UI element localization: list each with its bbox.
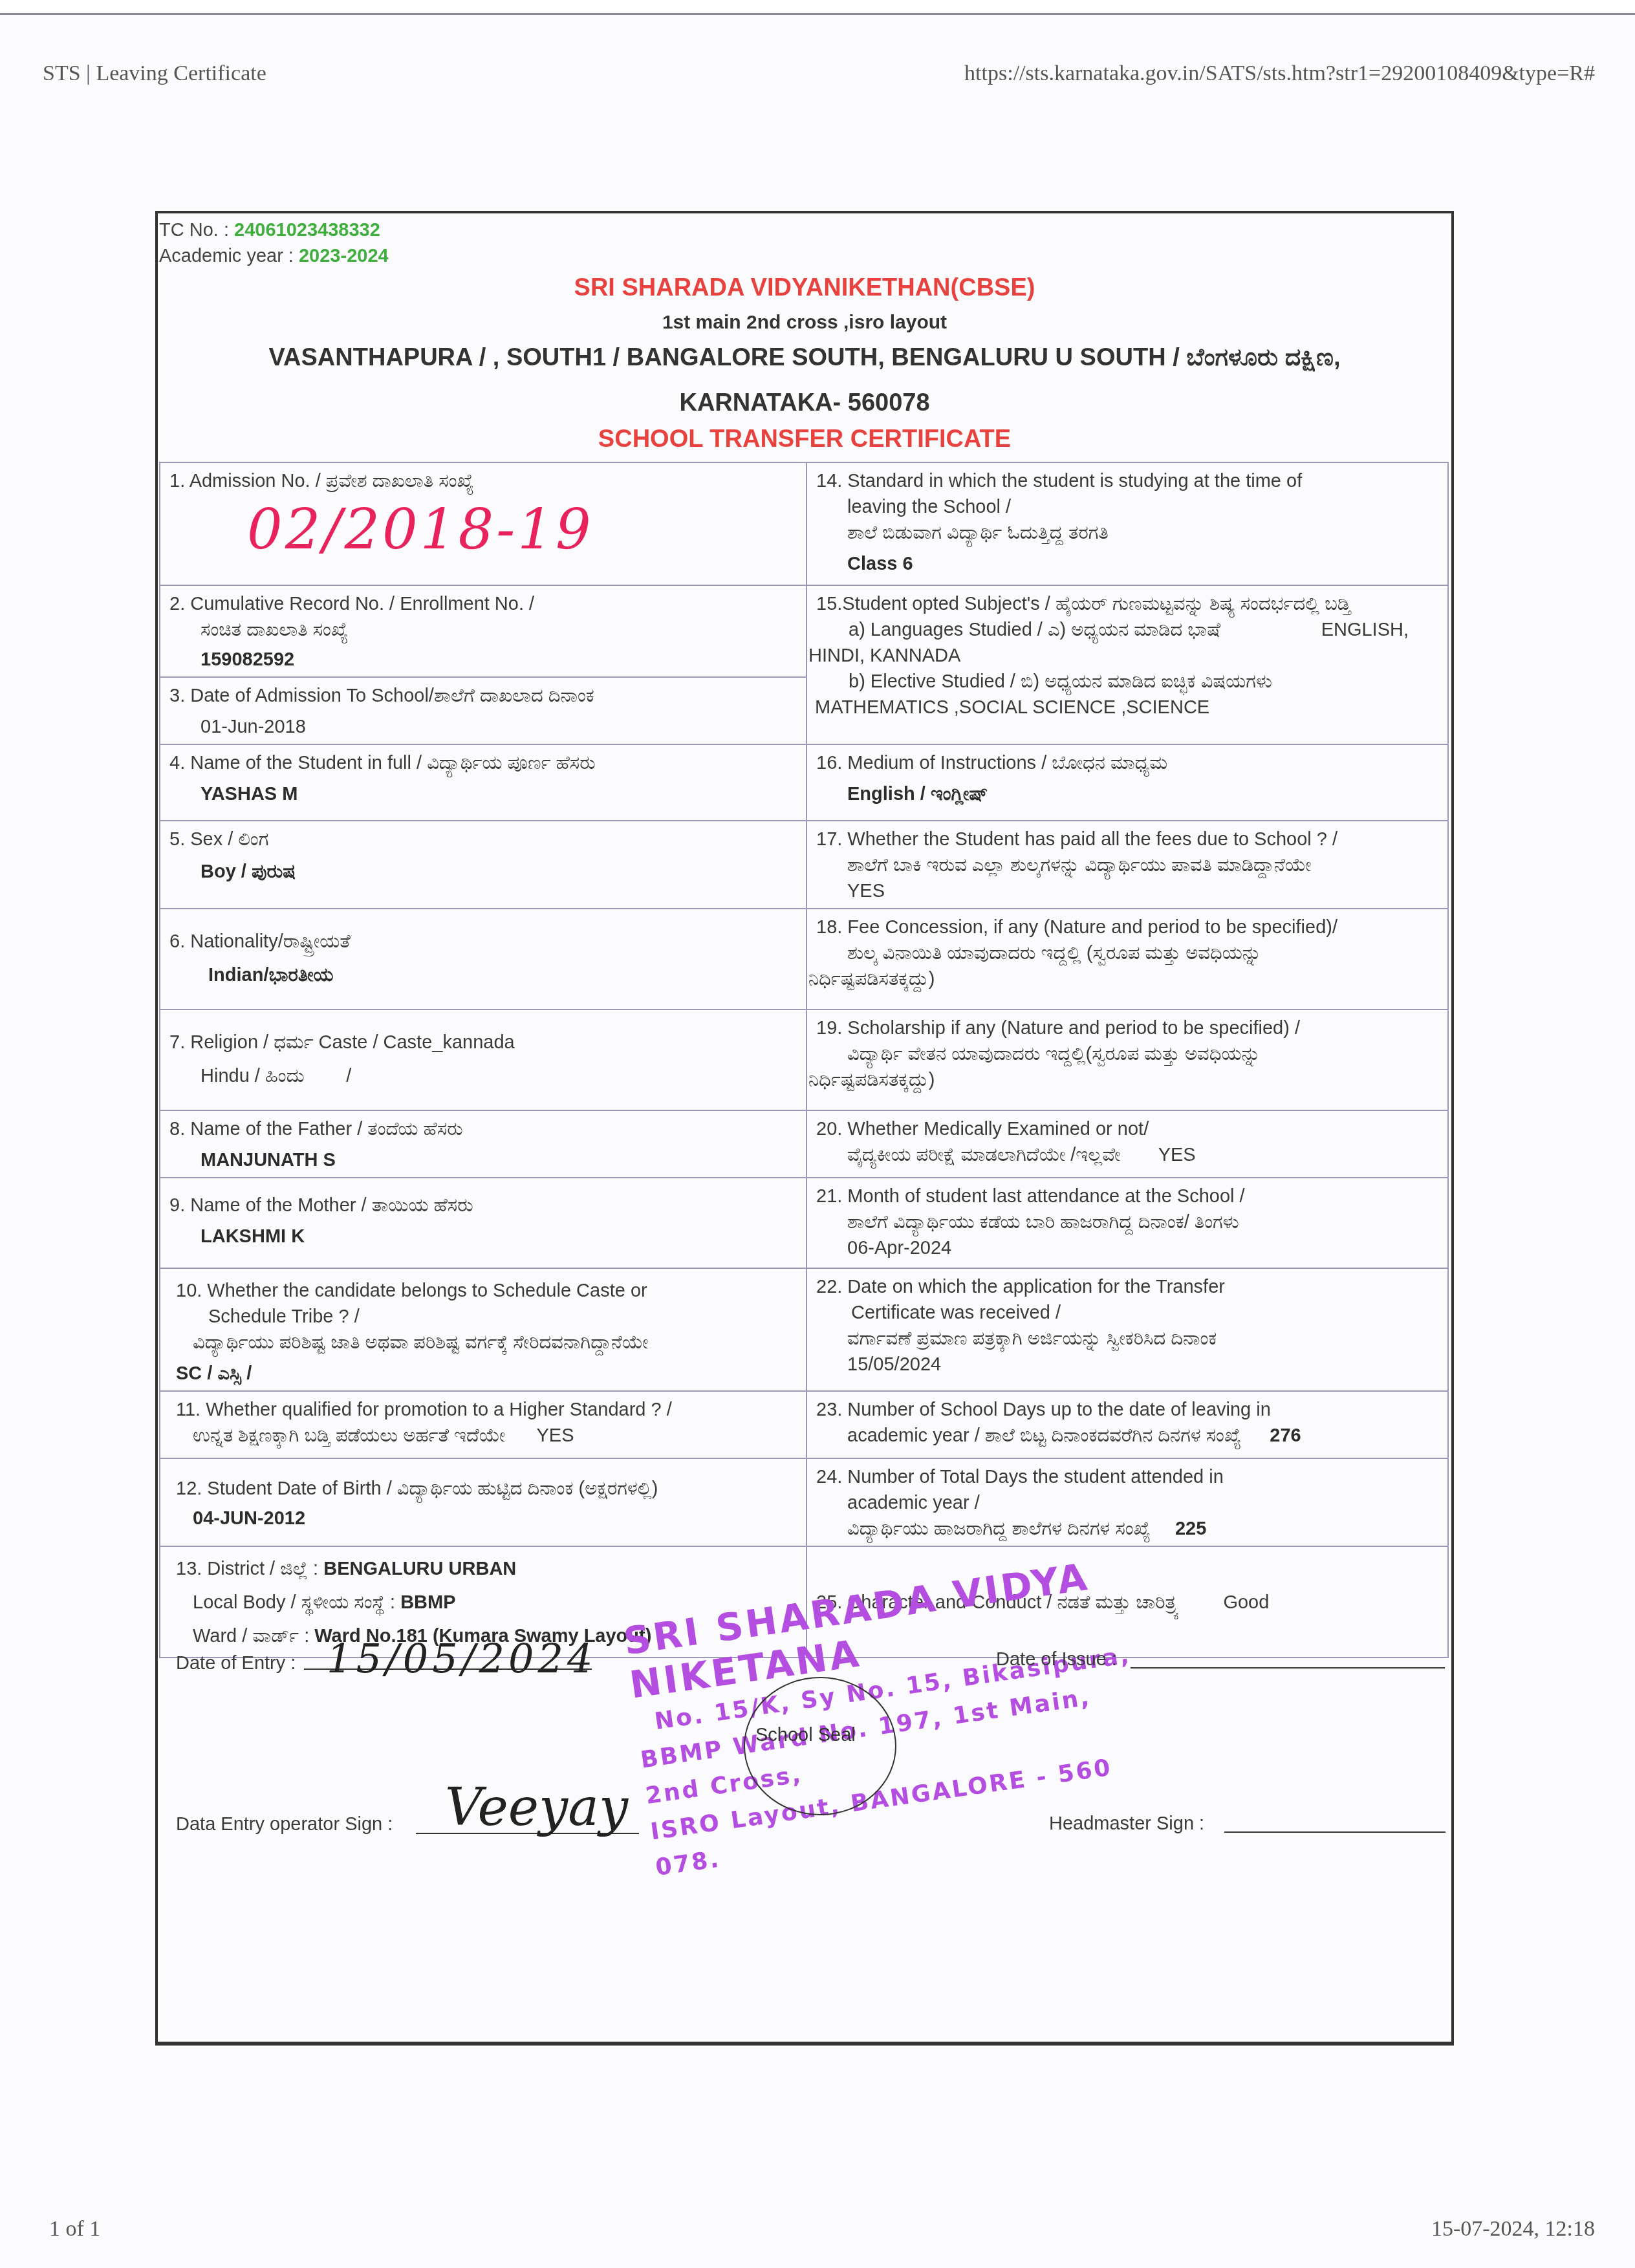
field-label-kannada-cont: ನಿರ್ಧಿಷ್ಟಪಡಿಸತಕ್ಕದ್ದು) bbox=[808, 1067, 1441, 1093]
electives-label: b) Elective Studied / ಬಿ) ಅಧ್ಯಯನ ಮಾಡಿದ ಐ… bbox=[808, 669, 1441, 695]
field-value: Good bbox=[1184, 1592, 1269, 1613]
field-value: 225 bbox=[1156, 1518, 1206, 1539]
field-student-name: 4. Name of the Student in full / ವಿದ್ಯಾರ… bbox=[160, 744, 807, 821]
print-header-url: https://sts.karnataka.gov.in/SATS/sts.ht… bbox=[964, 61, 1595, 86]
field-label: 16. Medium of Instructions / ಬೋಧನ ಮಾಧ್ಯಮ bbox=[816, 753, 1167, 773]
field-value: 06-Apr-2024 bbox=[816, 1235, 1441, 1261]
field-value: MANJUNATH S bbox=[169, 1147, 799, 1173]
field-school-days: 23. Number of School Days up to the date… bbox=[807, 1391, 1448, 1458]
field-label: 7. Religion / ಧರ್ಮ Caste / Caste_kannada bbox=[169, 1032, 515, 1053]
district-value: BENGALURU URBAN bbox=[323, 1559, 516, 1579]
field-value: YES bbox=[1126, 1145, 1196, 1165]
date-of-issue-line[interactable] bbox=[1131, 1667, 1445, 1669]
school-address-line3: KARNATAKA- 560078 bbox=[155, 389, 1454, 417]
field-fees-paid: 17. Whether the Student has paid all the… bbox=[807, 821, 1448, 909]
field-label: 15.Student opted Subject's / ಹೈಯರ್ ಗುಣಮಟ… bbox=[808, 594, 1351, 614]
certificate-fields-table: 1. Admission No. / ಪ್ರವೇಶ ದಾಖಲಾತಿ ಸಂಖ್ಯೆ… bbox=[159, 462, 1449, 1658]
field-value: SC / ಎಸ್ಸಿ / bbox=[176, 1361, 799, 1387]
field-promotion: 11. Whether qualified for promotion to a… bbox=[160, 1391, 807, 1458]
field-label: 2. Cumulative Record No. / Enrollment No… bbox=[169, 594, 534, 614]
field-label: 4. Name of the Student in full / ವಿದ್ಯಾರ… bbox=[169, 753, 596, 773]
district-label: 13. District / ಜಿಲ್ಲೆ : bbox=[176, 1559, 323, 1579]
field-label: 24. Number of Total Days the student att… bbox=[816, 1467, 1224, 1487]
field-admission-no: 1. Admission No. / ಪ್ರವೇಶ ದಾಖಲಾತಿ ಸಂಖ್ಯೆ… bbox=[160, 462, 807, 585]
field-label: 20. Whether Medically Examined or not/ bbox=[816, 1119, 1149, 1139]
field-value: Boy / ಪುರುಷ bbox=[169, 859, 799, 885]
field-value: Hindu / ಹಿಂದು / bbox=[169, 1063, 799, 1089]
field-label: 14. Standard in which the student is stu… bbox=[816, 471, 1302, 491]
field-date-of-birth: 12. Student Date of Birth / ವಿದ್ಯಾರ್ಥಿಯ … bbox=[160, 1458, 807, 1546]
data-entry-sign-label: Data Entry operator Sign : bbox=[176, 1814, 393, 1835]
field-value: YES bbox=[511, 1425, 574, 1446]
field-label: 21. Month of student last attendance at … bbox=[816, 1186, 1245, 1207]
field-label: 9. Name of the Mother / ತಾಯಿಯ ಹೆಸರು bbox=[169, 1195, 473, 1216]
field-label-kannada: ಉನ್ನತ ಶಿಕ್ಷಣಕ್ಕಾಗಿ ಬಡ್ತಿ ಪಡೆಯಲು ಅರ್ಹತೆ ಇ… bbox=[193, 1425, 505, 1446]
field-value: LAKSHMI K bbox=[169, 1224, 799, 1249]
tc-label: TC No. : bbox=[159, 220, 234, 241]
field-scholarship: 19. Scholarship if any (Nature and perio… bbox=[807, 1010, 1448, 1110]
languages-value: ENGLISH, bbox=[1321, 617, 1441, 643]
school-seal-circle: School Seal bbox=[744, 1677, 896, 1815]
school-seal-label: School Seal bbox=[755, 1725, 856, 1746]
academic-year-row: Academic year : 2023-2024 bbox=[159, 246, 389, 267]
tc-number-row: TC No. : 24061023438332 bbox=[159, 220, 380, 241]
ward-label: Ward / ವಾರ್ಡ್ : bbox=[193, 1626, 314, 1647]
admission-no-handwritten: 02/2018-19 bbox=[169, 494, 799, 565]
field-value: YASHAS M bbox=[169, 781, 799, 807]
field-label-kannada: ವಿದ್ಯಾರ್ಥಿಯು ಪರಿಶಿಷ್ಟ ಜಾತಿ ಅಥವಾ ಪರಿಶಿಷ್ಟ… bbox=[176, 1330, 799, 1355]
field-enrollment-no: 2. Cumulative Record No. / Enrollment No… bbox=[160, 585, 807, 677]
data-entry-signature: Veeyay bbox=[445, 1777, 628, 1837]
field-label: 19. Scholarship if any (Nature and perio… bbox=[808, 1018, 1300, 1039]
local-body-value: BBMP bbox=[400, 1592, 455, 1613]
document-title: SCHOOL TRANSFER CERTIFICATE bbox=[155, 426, 1454, 453]
date-of-entry-label: Date of Entry : bbox=[176, 1653, 296, 1674]
field-label: 1. Admission No. / ಪ್ರವೇಶ ದಾಖಲಾತಿ ಸಂಖ್ಯೆ bbox=[169, 471, 474, 491]
field-label: academic year / bbox=[816, 1490, 1441, 1516]
field-last-attendance: 21. Month of student last attendance at … bbox=[807, 1178, 1448, 1268]
school-address-line1: 1st main 2nd cross ,isro layout bbox=[155, 312, 1454, 334]
field-label: Schedule Tribe ? / bbox=[176, 1304, 799, 1330]
local-body-label: Local Body / ಸ್ಥಳೀಯ ಸಂಸ್ಥೆ : bbox=[193, 1592, 400, 1613]
field-label: 6. Nationality/ರಾಷ್ಟ್ರೀಯತೆ bbox=[169, 931, 351, 952]
field-label: 3. Date of Admission To School/ಶಾಲೆಗೆ ದಾ… bbox=[169, 686, 594, 706]
academic-year-label: Academic year : bbox=[159, 246, 299, 266]
field-standard: 14. Standard in which the student is stu… bbox=[807, 462, 1448, 585]
field-label: 8. Name of the Father / ತಂದೆಯ ಹೆಸರು bbox=[169, 1119, 463, 1139]
field-label-kannada: ವೈದ್ಯಕೀಯ ಪರೀಕ್ಷೆ ಮಾಡಲಾಗಿದೆಯೇ /ಇಲ್ಲವೇ bbox=[847, 1145, 1121, 1165]
date-of-issue-label: Date of Issue : bbox=[996, 1649, 1117, 1670]
field-label: 17. Whether the Student has paid all the… bbox=[816, 829, 1337, 850]
field-value: Indian/ಭಾರತೀಯ bbox=[169, 962, 799, 988]
field-sex: 5. Sex / ಲಿಂಗ Boy / ಪುರುಷ bbox=[160, 821, 807, 909]
field-value: 159082592 bbox=[169, 647, 799, 673]
field-value: 04-JUN-2012 bbox=[176, 1506, 799, 1531]
headmaster-sign-line[interactable] bbox=[1224, 1831, 1446, 1833]
field-value: 276 bbox=[1246, 1425, 1301, 1446]
tc-number: 24061023438332 bbox=[234, 220, 380, 241]
print-footer-timestamp: 15-07-2024, 12:18 bbox=[1431, 2217, 1595, 2241]
field-admission-date: 3. Date of Admission To School/ಶಾಲೆಗೆ ದಾ… bbox=[160, 677, 807, 744]
field-label-kannada: ಶಾಲೆ ಬಿಡುವಾಗ ವಿದ್ಯಾರ್ಥಿ ಓದುತ್ತಿದ್ದ ತರಗತಿ bbox=[816, 520, 1441, 546]
field-label: Certificate was received / bbox=[816, 1300, 1441, 1326]
field-medical: 20. Whether Medically Examined or not/ ವ… bbox=[807, 1110, 1448, 1178]
field-days-attended: 24. Number of Total Days the student att… bbox=[807, 1458, 1448, 1546]
field-label: 10. Whether the candidate belongs to Sch… bbox=[176, 1280, 647, 1301]
field-label-kannada: ವಿದ್ಯಾರ್ಥಿ ವೇತನ ಯಾವುದಾದರು ಇದ್ದಲ್ಲಿ(ಸ್ವರೂ… bbox=[808, 1041, 1441, 1067]
headmaster-sign-label: Headmaster Sign : bbox=[1049, 1813, 1204, 1835]
print-header-title: STS | Leaving Certificate bbox=[43, 61, 266, 86]
field-value: Class 6 bbox=[816, 551, 1441, 577]
field-fee-concession: 18. Fee Concession, if any (Nature and p… bbox=[807, 909, 1448, 1010]
languages-label: a) Languages Studied / ಎ) ಅಧ್ಯಯನ ಮಾಡಿದ ಭ… bbox=[849, 620, 1220, 640]
electives-value: MATHEMATICS ,SOCIAL SCIENCE ,SCIENCE bbox=[808, 695, 1441, 720]
field-label: 5. Sex / ಲಿಂಗ bbox=[169, 829, 268, 850]
school-address-line2: VASANTHAPURA / , SOUTH1 / BANGALORE SOUT… bbox=[155, 344, 1454, 372]
field-religion: 7. Religion / ಧರ್ಮ Caste / Caste_kannada… bbox=[160, 1010, 807, 1110]
field-subjects: 15.Student opted Subject's / ಹೈಯರ್ ಗುಣಮಟ… bbox=[807, 585, 1448, 744]
field-label-kannada: ಶಾಲೆಗೆ ವಿದ್ಯಾರ್ಥಿಯು ಕಡೆಯ ಬಾರಿ ಹಾಜರಾಗಿದ್ದ… bbox=[816, 1209, 1441, 1235]
field-label-kannada: ಶುಲ್ಕ ವಿನಾಯಿತಿ ಯಾವುದಾದರು ಇದ್ದಲ್ಲಿ (ಸ್ವರೂ… bbox=[808, 940, 1441, 966]
field-label-kannada: ವಿದ್ಯಾರ್ಥಿಯು ಹಾಜರಾಗಿದ್ದ ಶಾಲೆಗಳ ದಿನಗಳ ಸಂಖ… bbox=[847, 1518, 1151, 1539]
field-label: 23. Number of School Days up to the date… bbox=[816, 1399, 1271, 1420]
date-of-entry-handwritten: 15/05/2024 bbox=[327, 1635, 596, 1682]
field-label: 12. Student Date of Birth / ವಿದ್ಯಾರ್ಥಿಯ … bbox=[176, 1478, 658, 1499]
field-nationality: 6. Nationality/ರಾಷ್ಟ್ರೀಯತೆ Indian/ಭಾರತೀಯ bbox=[160, 909, 807, 1010]
field-label: leaving the School / bbox=[816, 494, 1441, 520]
field-value: 01-Jun-2018 bbox=[169, 714, 799, 740]
field-label-kannada: ಶಾಲೆಗೆ ಬಾಕಿ ಇರುವ ಎಲ್ಲಾ ಶುಲ್ಕಗಳನ್ನು ವಿದ್ಯ… bbox=[816, 852, 1441, 878]
school-name: SRI SHARADA VIDYANIKETHAN(CBSE) bbox=[155, 274, 1454, 302]
field-mother-name: 9. Name of the Mother / ತಾಯಿಯ ಹೆಸರು LAKS… bbox=[160, 1178, 807, 1268]
academic-year: 2023-2024 bbox=[299, 246, 389, 266]
field-label: 11. Whether qualified for promotion to a… bbox=[176, 1399, 672, 1420]
field-value: English / ಇಂಗ್ಲೀಷ್ bbox=[816, 781, 1441, 807]
languages-value-cont: HINDI, KANNADA bbox=[808, 643, 1441, 669]
field-label: 18. Fee Concession, if any (Nature and p… bbox=[808, 917, 1337, 938]
scan-top-edge bbox=[0, 0, 1635, 15]
field-label-kannada: ಸಂಚಿತ ದಾಖಲಾತಿ ಸಂಖ್ಯೆ bbox=[169, 617, 799, 643]
field-label: academic year / ಶಾಲೆ ಬಿಟ್ಟ ದಿನಾಂಕದವರೆಗಿನ… bbox=[847, 1425, 1241, 1446]
field-medium: 16. Medium of Instructions / ಬೋಧನ ಮಾಧ್ಯಮ… bbox=[807, 744, 1448, 821]
field-value: YES bbox=[816, 878, 1441, 904]
field-tc-application-date: 22. Date on which the application for th… bbox=[807, 1268, 1448, 1391]
field-father-name: 8. Name of the Father / ತಂದೆಯ ಹೆಸರು MANJ… bbox=[160, 1110, 807, 1178]
field-label: 22. Date on which the application for th… bbox=[816, 1277, 1225, 1297]
field-value: 15/05/2024 bbox=[816, 1352, 1441, 1377]
field-label-kannada-cont: ನಿರ್ಧಿಷ್ಟಪಡಿಸತಕ್ಕದ್ದು) bbox=[808, 966, 1441, 992]
field-sc-st: 10. Whether the candidate belongs to Sch… bbox=[160, 1268, 807, 1391]
print-footer-page: 1 of 1 bbox=[49, 2217, 100, 2241]
field-label-kannada: ವರ್ಗಾವಣೆ ಪ್ರಮಾಣ ಪತ್ರಕ್ಕಾಗಿ ಅರ್ಜಿಯನ್ನು ಸ್… bbox=[816, 1326, 1441, 1352]
